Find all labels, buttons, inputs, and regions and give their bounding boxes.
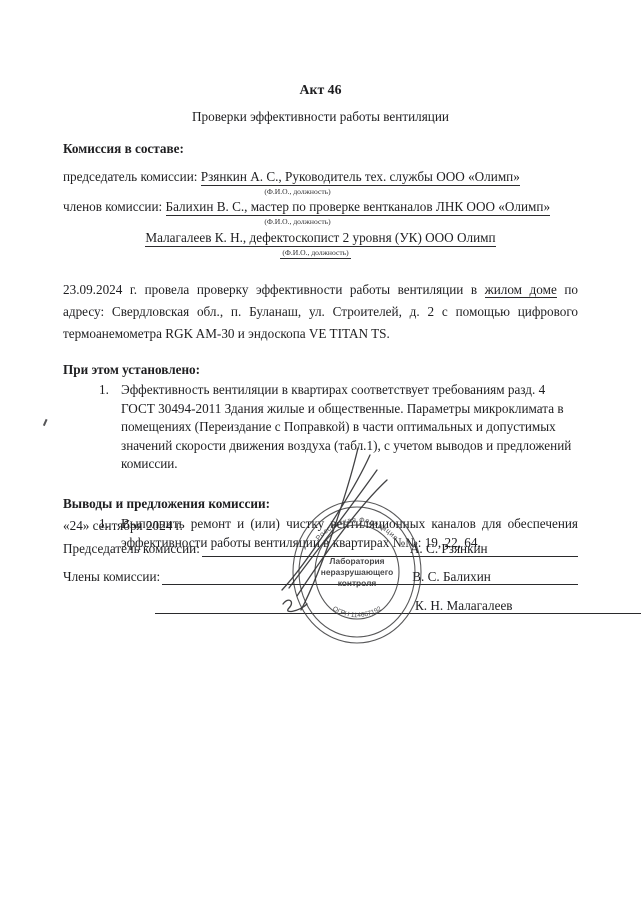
stamp-arc-bottom-text: ОГРН 114667192	[331, 605, 383, 619]
stamp-svg: Российская Федерация ОГРН 114667192 Лабо…	[237, 438, 477, 668]
member2-line: Малагалеев К. Н., дефектоскопист 2 уровн…	[63, 230, 578, 246]
svg-text:ОГРН 114667192: ОГРН 114667192	[331, 605, 383, 619]
commission-heading: Комиссия в составе:	[63, 141, 578, 157]
document-title: Акт 46	[63, 82, 578, 98]
fio-hint-underlined: (Ф.И.О., должность)	[63, 248, 578, 257]
chairman-line: председатель комиссии: Рзянкин А. С., Ру…	[63, 169, 578, 185]
inspection-text-underlined: жилом доме	[485, 282, 557, 298]
findings-item-number: 1.	[99, 381, 121, 474]
scanned-document-page: Акт 46 Проверки эффективности работы вен…	[0, 0, 641, 900]
round-stamp: Российская Федерация ОГРН 114667192 Лабо…	[237, 438, 477, 668]
member1-line: членов комиссии: Балихин В. С., мастер п…	[63, 199, 578, 215]
member2-value: Малагалеев К. Н., дефектоскопист 2 уровн…	[145, 230, 495, 247]
svg-text:неразрушающего: неразрушающего	[321, 567, 393, 577]
chairman-value: Рзянкин А. С., Руководитель тех. службы …	[201, 169, 520, 186]
findings-heading: При этом установлено:	[63, 362, 578, 378]
inspection-text-before: 23.09.2024 г. провела проверку эффективн…	[63, 282, 485, 297]
document-subtitle: Проверки эффективности работы вентиляции	[63, 109, 578, 125]
inspection-paragraph: 23.09.2024 г. провела проверку эффективн…	[63, 279, 578, 345]
fio-hint: (Ф.И.О., должность)	[63, 187, 578, 196]
sig-members-label: Члены комиссии:	[63, 569, 162, 585]
sig-chairman-label: Председатель комиссии:	[63, 541, 202, 557]
act-date: «24» сентября 2024 г.	[63, 518, 183, 534]
svg-text:контроля: контроля	[338, 578, 377, 588]
svg-text:Лаборатория: Лаборатория	[329, 556, 384, 566]
chairman-label: председатель комиссии:	[63, 169, 201, 184]
members-label: членов комиссии:	[63, 199, 166, 214]
fio-hint: (Ф.И.О., должность)	[63, 217, 578, 226]
stamp-center-text: Лаборатория неразрушающего контроля	[321, 556, 393, 588]
member1-value: Балихин В. С., мастер по проверке вентка…	[166, 199, 551, 216]
scan-artifact	[43, 419, 52, 428]
